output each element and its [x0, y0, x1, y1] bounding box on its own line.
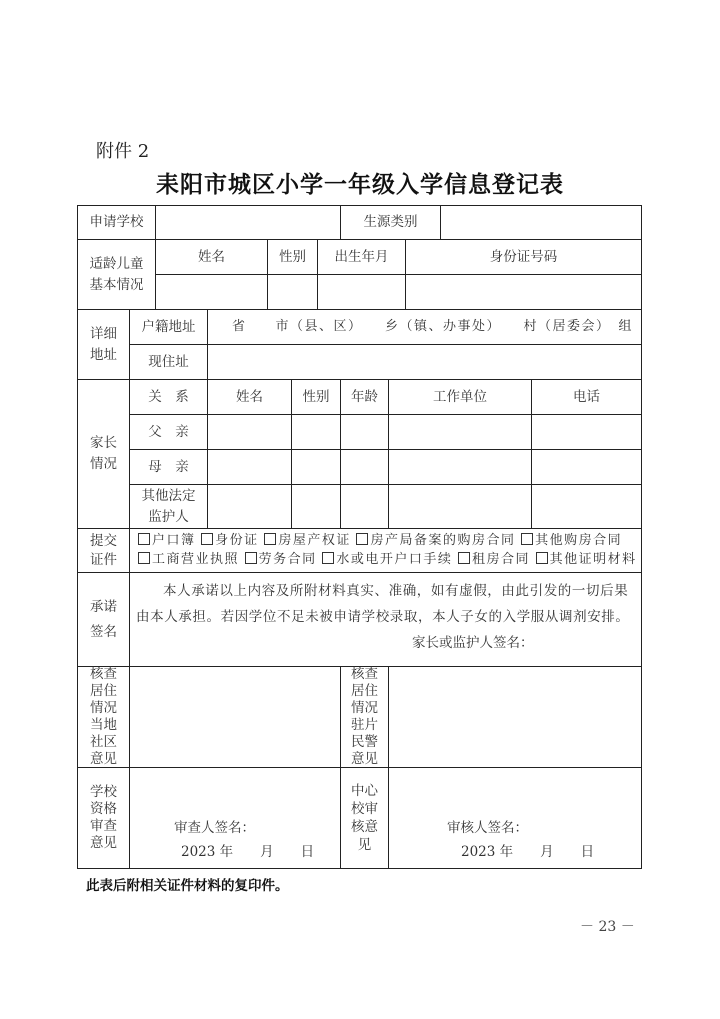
community-opinion-label: 核查居住情况当地社区意见 [77, 666, 130, 768]
mother-age-input[interactable] [340, 449, 389, 485]
apply-school-input[interactable] [155, 205, 341, 240]
school-review-date[interactable]: 2023 年 月 日 [174, 840, 314, 864]
doc-option[interactable]: 户口簿 [138, 533, 196, 548]
parents-col-name: 姓名 [207, 379, 292, 415]
documents-line-2: 工商营业执照 劳务合同 水或电开户口手续 租房合同 其他证明材料 [138, 551, 637, 570]
doc-option[interactable]: 其他购房合同 [521, 533, 622, 548]
father-phone-input[interactable] [531, 414, 642, 450]
relation-father: 父 亲 [129, 414, 208, 450]
mother-name-input[interactable] [207, 449, 292, 485]
annex-label: 附件 2 [96, 137, 149, 163]
doc-option[interactable]: 房产局备案的购房合同 [356, 533, 515, 548]
doc-option[interactable]: 其他证明材料 [536, 552, 637, 567]
pledge-block: 本人承诺以上内容及所附材料真实、准确，如有虚假，由此引发的一切后果由本人承担。若… [129, 572, 642, 667]
documents-section-label: 提交证件 [77, 528, 130, 573]
address-section-label: 详细地址 [77, 309, 130, 380]
parents-col-age: 年龄 [340, 379, 389, 415]
household-address-input[interactable]: 省 市（县、区） 乡（镇、办事处） 村（居委会） 组 [207, 309, 642, 345]
child-col-name: 姓名 [155, 239, 268, 275]
center-reviewer-signature[interactable]: 审核人签名： [447, 816, 528, 840]
doc-option[interactable]: 劳务合同 [245, 552, 317, 567]
guardian-phone-input[interactable] [531, 484, 642, 529]
parents-col-relation: 关 系 [129, 379, 208, 415]
child-birth-input[interactable] [317, 274, 406, 310]
community-opinion-input[interactable] [129, 666, 341, 768]
father-name-input[interactable] [207, 414, 292, 450]
mother-gender-input[interactable] [291, 449, 341, 485]
checkbox-icon[interactable] [521, 533, 533, 545]
child-col-birth: 出生年月 [317, 239, 406, 275]
father-employer-input[interactable] [388, 414, 532, 450]
father-gender-input[interactable] [291, 414, 341, 450]
child-col-gender: 性别 [267, 239, 318, 275]
guardian-employer-input[interactable] [388, 484, 532, 529]
relation-mother: 母 亲 [129, 449, 208, 485]
checkbox-icon[interactable] [245, 552, 257, 564]
checkbox-icon[interactable] [322, 552, 334, 564]
child-id-input[interactable] [405, 274, 642, 310]
current-address-input[interactable] [207, 344, 642, 380]
checkbox-icon[interactable] [138, 533, 150, 545]
child-name-input[interactable] [155, 274, 268, 310]
form-title: 耒阳市城区小学一年级入学信息登记表 [0, 166, 720, 199]
checkbox-icon[interactable] [138, 552, 150, 564]
pledge-text: 本人承诺以上内容及所附材料真实、准确，如有虚假，由此引发的一切后果由本人承担。若… [136, 578, 635, 630]
mother-phone-input[interactable] [531, 449, 642, 485]
source-type-input[interactable] [440, 205, 642, 240]
checkbox-icon[interactable] [536, 552, 548, 564]
checkbox-icon[interactable] [201, 533, 213, 545]
documents-checklist: 户口簿 身份证 房屋产权证 房产局备案的购房合同 其他购房合同 工商营业执照 劳… [129, 528, 642, 573]
police-opinion-input[interactable] [388, 666, 642, 768]
footer-note: 此表后附相关证件材料的复印件。 [86, 874, 289, 894]
parents-col-phone: 电话 [531, 379, 642, 415]
police-opinion-label: 核查居住情况驻片民警意见 [340, 666, 389, 768]
school-review-block[interactable]: 审查人签名： 2023 年 月 日 [129, 767, 341, 869]
guardian-gender-input[interactable] [291, 484, 341, 529]
school-reviewer-signature[interactable]: 审查人签名： [174, 816, 255, 840]
checkbox-icon[interactable] [264, 533, 276, 545]
doc-option[interactable]: 工商营业执照 [138, 552, 239, 567]
parent-signature-label[interactable]: 家长或监护人签名： [136, 630, 635, 656]
current-address-label: 现住址 [129, 344, 208, 380]
center-review-date[interactable]: 2023 年 月 日 [447, 840, 594, 864]
page-number: － 23 － [580, 916, 635, 936]
doc-option[interactable]: 租房合同 [458, 552, 530, 567]
guardian-name-input[interactable] [207, 484, 292, 529]
center-review-label: 中心校审核意见 [340, 767, 389, 869]
source-type-label: 生源类别 [340, 205, 441, 240]
child-section-label: 适龄儿童基本情况 [77, 239, 156, 310]
child-gender-input[interactable] [267, 274, 318, 310]
parents-section-label: 家长情况 [77, 379, 130, 529]
household-address-label: 户籍地址 [129, 309, 208, 345]
documents-line-1: 户口簿 身份证 房屋产权证 房产局备案的购房合同 其他购房合同 [138, 532, 622, 551]
father-age-input[interactable] [340, 414, 389, 450]
checkbox-icon[interactable] [356, 533, 368, 545]
relation-guardian: 其他法定监护人 [129, 484, 208, 529]
doc-option[interactable]: 水或电开户口手续 [322, 552, 452, 567]
parents-col-employer: 工作单位 [388, 379, 532, 415]
guardian-age-input[interactable] [340, 484, 389, 529]
checkbox-icon[interactable] [458, 552, 470, 564]
pledge-section-label: 承诺签名 [77, 572, 130, 667]
mother-employer-input[interactable] [388, 449, 532, 485]
school-review-label: 学校资格审查意见 [77, 767, 130, 869]
doc-option[interactable]: 身份证 [201, 533, 259, 548]
doc-option[interactable]: 房屋产权证 [264, 533, 351, 548]
apply-school-label: 申请学校 [77, 205, 156, 240]
center-review-block[interactable]: 审核人签名： 2023 年 月 日 [388, 767, 642, 869]
parents-col-gender: 性别 [291, 379, 341, 415]
child-col-id: 身份证号码 [405, 239, 642, 275]
